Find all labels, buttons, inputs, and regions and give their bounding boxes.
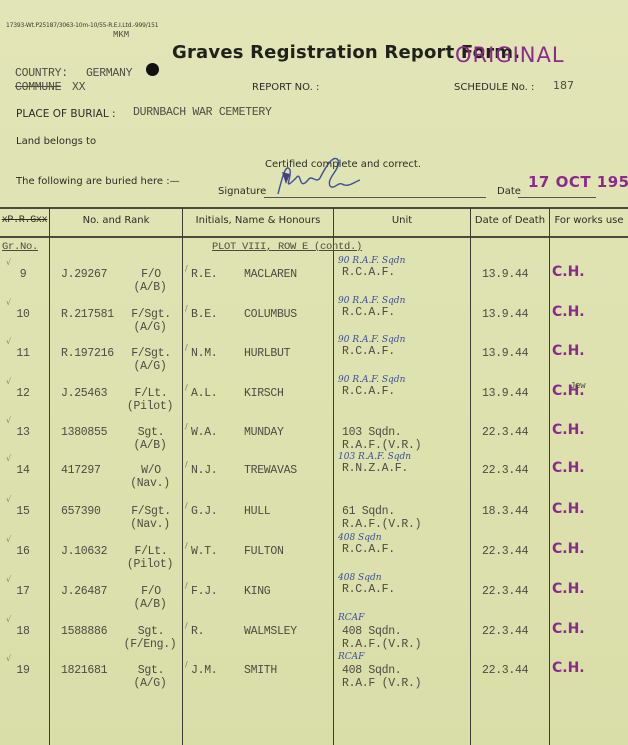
tick-mark-icon: / — [185, 422, 188, 431]
service-number: R.197216 — [61, 347, 114, 360]
tick-mark-icon: √ — [6, 454, 11, 463]
tick-mark-icon: √ — [6, 654, 11, 663]
surname: HULL — [244, 505, 270, 518]
commune-label: COMMUNE — [15, 81, 61, 94]
date-of-death: 22.3.44 — [482, 545, 528, 558]
initials: N.M. — [191, 347, 217, 360]
works-use-stamp: C.H. — [552, 621, 585, 637]
initials: B.E. — [191, 308, 217, 321]
works-use-stamp: C.H. — [552, 660, 585, 676]
grave-number: 10 — [14, 308, 32, 321]
unit-line-1: R.C.A.F. — [342, 266, 395, 279]
buried-here-label: The following are buried here :— — [16, 176, 180, 187]
rank: F/O — [126, 268, 176, 281]
grave-number: 17 — [14, 585, 32, 598]
unit-handwritten: 90 R.A.F. Sqdn — [338, 335, 405, 345]
date-of-death: 13.9.44 — [482, 308, 528, 321]
initials: F.J. — [191, 585, 217, 598]
unit-line-1: 61 Sqdn. — [342, 505, 395, 518]
trade: (Nav.) — [122, 518, 178, 531]
initials-mark: MKM — [113, 30, 129, 40]
date-label: Date — [497, 186, 521, 197]
schedule-no-label: SCHEDULE No. : — [454, 82, 534, 93]
surname: TREWAVAS — [244, 464, 297, 477]
unit-handwritten: RCAF — [338, 652, 364, 662]
date-of-death: 22.3.44 — [482, 664, 528, 677]
date-of-death: 22.3.44 — [482, 625, 528, 638]
tick-mark-icon: √ — [6, 535, 11, 544]
initials: R. — [191, 625, 204, 638]
column-divider — [182, 207, 183, 745]
column-header-pr: xP.R.Gxx — [0, 215, 49, 226]
rank: Sgt. — [126, 625, 176, 638]
tick-mark-icon: √ — [6, 377, 11, 386]
column-header-unit: Unit — [334, 215, 470, 226]
tick-mark-icon: √ — [6, 575, 11, 584]
initials: J.M. — [191, 664, 217, 677]
works-use-stamp: C.H. — [552, 460, 585, 476]
column-header-name: Initials, Name & Honours — [183, 215, 333, 226]
rank: F/Sgt. — [126, 505, 176, 518]
column-header-works-use: For works use — [550, 215, 628, 226]
place-of-burial-label: PLACE OF BURIAL : — [16, 108, 116, 120]
trade: (Pilot) — [122, 558, 178, 571]
initials: N.J. — [191, 464, 217, 477]
form-paper: 17393-Wt.P25187/3063-10m-10/55-R.E.I.Ltd… — [0, 0, 628, 745]
ink-blot-icon — [146, 63, 159, 76]
tick-mark-icon: √ — [6, 298, 11, 307]
surname: KING — [244, 585, 270, 598]
tick-mark-icon: √ — [6, 258, 11, 267]
unit-handwritten: 408 Sqdn — [338, 533, 382, 543]
column-divider — [333, 207, 334, 745]
trade: (F/Eng.) — [122, 638, 178, 651]
date-stamp: 17 OCT 1957 — [528, 173, 628, 191]
rank: W/O — [126, 464, 176, 477]
service-number: R.217581 — [61, 308, 114, 321]
tick-mark-icon: √ — [6, 495, 11, 504]
trade: (A/G) — [122, 677, 178, 690]
works-use-stamp: C.H. — [552, 501, 585, 517]
unit-line-1: R.C.A.F. — [342, 345, 395, 358]
works-use-stamp: C.H. — [552, 304, 585, 320]
surname: KIRSCH — [244, 387, 284, 400]
grave-number: 16 — [14, 545, 32, 558]
trade: (A/G) — [122, 360, 178, 373]
initials: G.J. — [191, 505, 217, 518]
unit-line-2: R.A.F.(V.R.) — [342, 638, 421, 651]
land-belongs-label: Land belongs to — [16, 136, 96, 147]
tick-mark-icon: √ — [6, 337, 11, 346]
plot-row-label: PLOT VIII, ROW E (contd.) — [212, 241, 362, 253]
date-of-death: 13.9.44 — [482, 268, 528, 281]
grave-number: 11 — [14, 347, 32, 360]
service-number: 417297 — [61, 464, 101, 477]
date-of-death: 13.9.44 — [482, 347, 528, 360]
works-use-stamp: C.H. — [552, 541, 585, 557]
rank: F/Lt. — [126, 545, 176, 558]
place-of-burial-value: DURNBACH WAR CEMETERY — [133, 106, 272, 119]
tick-mark-icon: / — [185, 460, 188, 469]
unit-line-1: 408 Sqdn. — [342, 664, 401, 677]
grave-number: 12 — [14, 387, 32, 400]
service-number: J.10632 — [61, 545, 107, 558]
print-code: 17393-Wt.P25187/3063-10m-10/55-R.E.I.Ltd… — [6, 22, 158, 29]
surname: SMITH — [244, 664, 277, 677]
service-number: J.29267 — [61, 268, 107, 281]
unit-line-1: R.C.A.F. — [342, 543, 395, 556]
unit-handwritten: 103 R.A.F. Sqdn — [338, 452, 411, 462]
report-no-label: REPORT NO. : — [252, 82, 319, 93]
signature-scrawl-icon — [272, 148, 367, 198]
unit-line-1: 103 Sqdn. — [342, 426, 401, 439]
schedule-no-value: 187 — [553, 79, 574, 92]
works-note: Jew — [570, 381, 585, 391]
grave-number: 18 — [14, 625, 32, 638]
commune-value: XX — [72, 81, 85, 94]
unit-line-1: R.C.A.F. — [342, 583, 395, 596]
date-of-death: 22.3.44 — [482, 426, 528, 439]
date-of-death: 18.3.44 — [482, 505, 528, 518]
unit-handwritten: 90 R.A.F. Sqdn — [338, 375, 405, 385]
works-use-stamp: C.H. — [552, 343, 585, 359]
service-number: J.25463 — [61, 387, 107, 400]
tick-mark-icon: / — [185, 343, 188, 352]
surname: COLUMBUS — [244, 308, 297, 321]
unit-handwritten: 90 R.A.F. Sqdn — [338, 296, 405, 306]
surname: MUNDAY — [244, 426, 284, 439]
table-header-border — [0, 236, 628, 238]
service-number: 657390 — [61, 505, 101, 518]
date-line — [518, 197, 596, 198]
initials: W.T. — [191, 545, 217, 558]
unit-line-1: R.N.Z.A.F. — [342, 462, 408, 475]
surname: WALMSLEY — [244, 625, 297, 638]
unit-handwritten: 90 R.A.F. Sqdn — [338, 256, 405, 266]
column-header-no-rank: No. and Rank — [50, 215, 182, 226]
country-label: COUNTRY: — [15, 67, 68, 80]
unit-line-2: R.A.F.(V.R.) — [342, 518, 421, 531]
trade: (A/B) — [122, 598, 178, 611]
grave-number: 19 — [14, 664, 32, 677]
rank: F/Sgt. — [126, 347, 176, 360]
country-value: GERMANY — [86, 67, 132, 80]
initials: W.A. — [191, 426, 217, 439]
service-number: 1588886 — [61, 625, 107, 638]
rank: F/Sgt. — [126, 308, 176, 321]
trade: (Nav.) — [122, 477, 178, 490]
column-divider — [49, 207, 50, 745]
date-of-death: 13.9.44 — [482, 387, 528, 400]
initials: A.L. — [191, 387, 217, 400]
rank: F/Lt. — [126, 387, 176, 400]
tick-mark-icon: √ — [6, 416, 11, 425]
trade: (A/B) — [122, 281, 178, 294]
grave-number: 13 — [14, 426, 32, 439]
date-of-death: 22.3.44 — [482, 585, 528, 598]
tick-mark-icon: / — [185, 660, 188, 669]
trade: (A/G) — [122, 321, 178, 334]
grave-number: 9 — [14, 268, 32, 281]
trade: (Pilot) — [122, 400, 178, 413]
signature-label: Signature — [218, 186, 266, 197]
initials: R.E. — [191, 268, 217, 281]
surname: FULTON — [244, 545, 284, 558]
unit-line-1: R.C.A.F. — [342, 385, 395, 398]
service-number: 1380855 — [61, 426, 107, 439]
unit-line-2: R.A.F.(V.R.) — [342, 439, 421, 452]
unit-line-1: R.C.A.F. — [342, 306, 395, 319]
rank: F/O — [126, 585, 176, 598]
works-use-stamp: C.H. — [552, 422, 585, 438]
grave-number: 14 — [14, 464, 32, 477]
original-stamp: ORIGINAL — [455, 43, 565, 67]
tick-mark-icon: / — [185, 304, 188, 313]
tick-mark-icon: / — [185, 621, 188, 630]
grave-number: 15 — [14, 505, 32, 518]
column-divider — [470, 207, 471, 745]
tick-mark-icon: √ — [6, 615, 11, 624]
surname: HURLBUT — [244, 347, 290, 360]
rank: Sgt. — [126, 664, 176, 677]
table-top-border — [0, 207, 628, 209]
tick-mark-icon: / — [185, 264, 188, 273]
gr-no-subheader: Gr.No. — [2, 241, 38, 253]
date-of-death: 22.3.44 — [482, 464, 528, 477]
unit-line-1: 408 Sqdn. — [342, 625, 401, 638]
rank: Sgt. — [126, 426, 176, 439]
tick-mark-icon: / — [185, 541, 188, 550]
column-divider — [549, 207, 550, 745]
works-use-stamp: C.H. — [552, 581, 585, 597]
tick-mark-icon: / — [185, 501, 188, 510]
unit-handwritten: 408 Sqdn — [338, 573, 382, 583]
service-number: J.26487 — [61, 585, 107, 598]
works-use-stamp: C.H. — [552, 264, 585, 280]
trade: (A/B) — [122, 439, 178, 452]
column-header-date-of-death: Date of Death — [471, 215, 549, 226]
surname: MACLAREN — [244, 268, 297, 281]
unit-line-2: R.A.F (V.R.) — [342, 677, 421, 690]
unit-handwritten: RCAF — [338, 613, 364, 623]
tick-mark-icon: / — [185, 581, 188, 590]
tick-mark-icon: / — [185, 383, 188, 392]
service-number: 1821681 — [61, 664, 107, 677]
